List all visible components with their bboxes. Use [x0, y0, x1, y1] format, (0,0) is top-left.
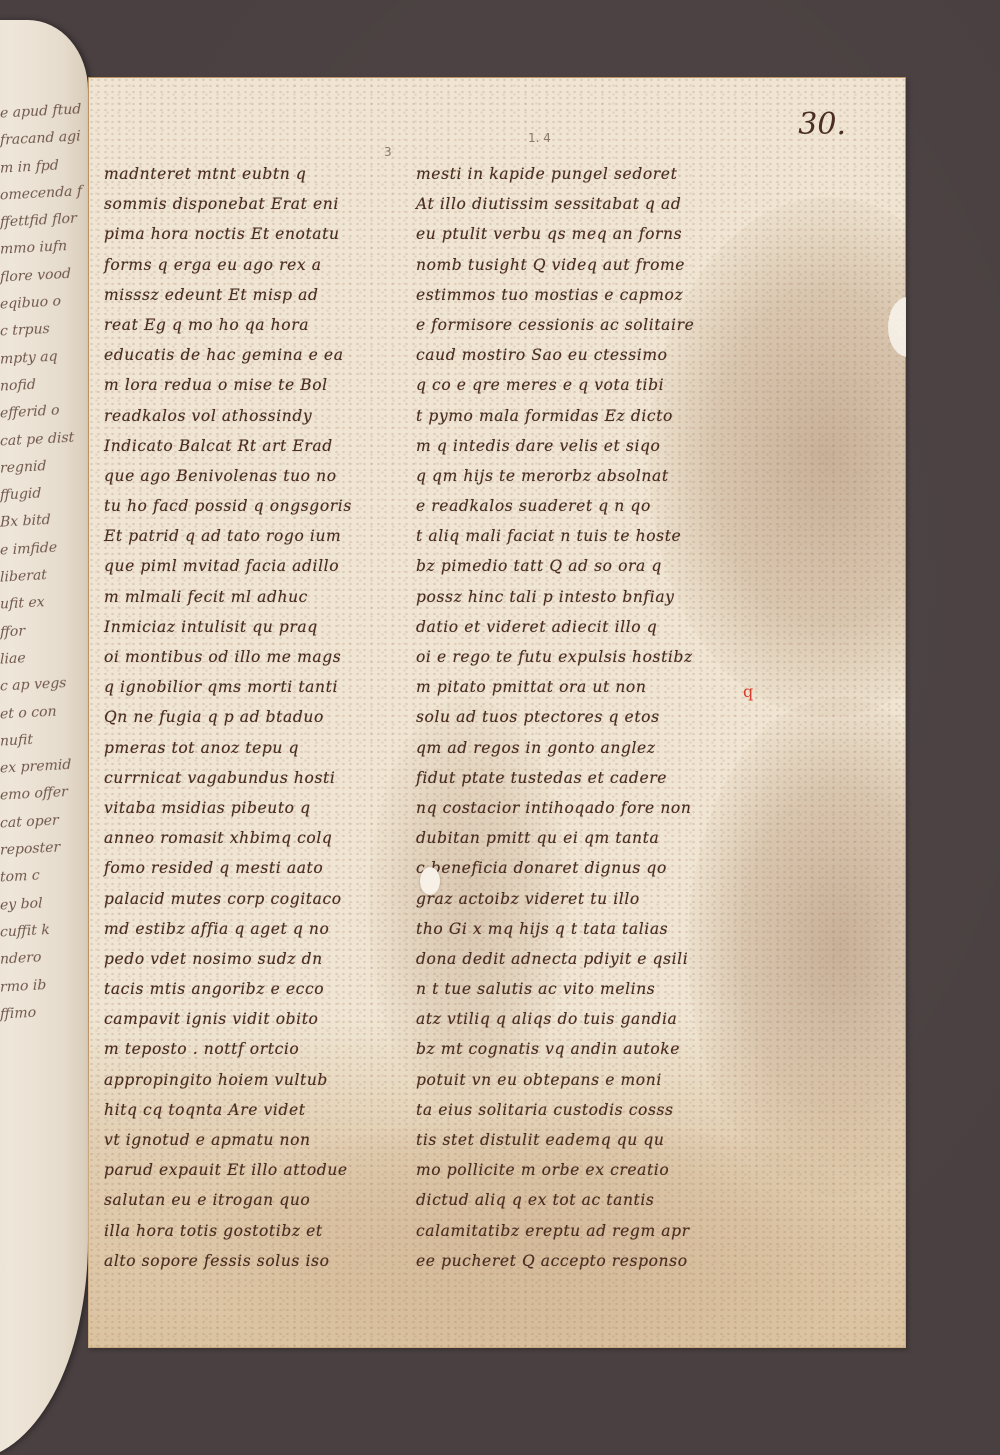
manuscript-line: eu ptulit verbu qs meq an forns [416, 219, 736, 249]
manuscript-line: datio et videret adiecit illo q [416, 612, 736, 642]
manuscript-line: misssz edeunt Et misp ad [104, 280, 396, 310]
manuscript-line: t aliq mali faciat n tuis te hoste [416, 521, 736, 551]
manuscript-line: reat Eg q mo ho qa hora [104, 310, 396, 340]
pencil-mark-1: 3 [384, 145, 392, 159]
manuscript-line: tis stet distulit eademq qu qu [416, 1125, 736, 1155]
manuscript-line: m teposto . nottf ortcio [104, 1034, 396, 1064]
manuscript-line: readkalos vol athossindy [104, 401, 396, 431]
manuscript-line: nomb tusight Q videq aut frome [416, 250, 736, 280]
manuscript-line: solu ad tuos ptectores q etos [416, 702, 736, 732]
manuscript-line: bz pimedio tatt Q ad so ora q [416, 551, 736, 581]
text-column-left: madnteret mtnt eubtn qsommis disponebat … [104, 159, 396, 1276]
manuscript-line: pima hora noctis Et enotatu [104, 219, 396, 249]
manuscript-line: parud expauit Et illo attodue [104, 1155, 396, 1185]
red-margin-mark: q [743, 682, 753, 701]
manuscript-line: e formisore cessionis ac solitaire [416, 310, 736, 340]
manuscript-line: educatis de hac gemina e ea [104, 340, 396, 370]
manuscript-line: tho Gi x mq hijs q t tata talias [416, 914, 736, 944]
manuscript-line: mesti in kapide pungel sedoret [416, 159, 736, 189]
text-column-right: mesti in kapide pungel sedoretAt illo di… [416, 159, 736, 1276]
manuscript-line: calamitatibz ereptu ad regm apr [416, 1216, 736, 1246]
manuscript-line: q ignobilior qms morti tanti [104, 672, 396, 702]
manuscript-line: t pymo mala formidas Ez dicto [416, 401, 736, 431]
manuscript-line: Inmiciaz intulisit qu praq [104, 612, 396, 642]
manuscript-line: m q intedis dare velis et siqo [416, 431, 736, 461]
manuscript-line: m mlmali fecit ml adhuc [104, 582, 396, 612]
manuscript-line: Et patrid q ad tato rogo ium [104, 521, 396, 551]
manuscript-line: sommis disponebat Erat eni [104, 189, 396, 219]
manuscript-line: m pitato pmittat ora ut non [416, 672, 736, 702]
facing-page-text: e apud ftudfracand agim in fpdomecenda f… [0, 95, 88, 1028]
manuscript-line: que piml mvitad facia adillo [104, 551, 396, 581]
manuscript-line: Indicato Balcat Rt art Erad [104, 431, 396, 461]
manuscript-line: bz mt cognatis vq andin autoke [416, 1034, 736, 1064]
manuscript-line: mo pollicite m orbe ex creatio [416, 1155, 736, 1185]
manuscript-line: dubitan pmitt qu ei qm tanta [416, 823, 736, 853]
manuscript-line: pedo vdet nosimo sudz dn [104, 944, 396, 974]
manuscript-line: oi montibus od illo me mags [104, 642, 396, 672]
manuscript-line: oi e rego te futu expulsis hostibz [416, 642, 736, 672]
manuscript-line: fidut ptate tustedas et cadere [416, 763, 736, 793]
manuscript-line: tu ho facd possid q ongsgoris [104, 491, 396, 521]
manuscript-line: e readkalos suaderet q n qo [416, 491, 736, 521]
manuscript-line: c beneficia donaret dignus qo [416, 853, 736, 883]
manuscript-line: madnteret mtnt eubtn q [104, 159, 396, 189]
manuscript-line: md estibz affia q aget q no [104, 914, 396, 944]
manuscript-line: nq costacior intihoqado fore non [416, 793, 736, 823]
manuscript-line: campavit ignis vidit obito [104, 1004, 396, 1034]
manuscript-line: que ago Benivolenas tuo no [104, 461, 396, 491]
manuscript-line: potuit vn eu obtepans e moni [416, 1065, 736, 1095]
manuscript-line: q co e qre meres e q vota tibi [416, 370, 736, 400]
manuscript-line: qm ad regos in gonto anglez [416, 733, 736, 763]
manuscript-line: dona dedit adnecta pdiyit e qsili [416, 944, 736, 974]
manuscript-line: m lora redua o mise te Bol [104, 370, 396, 400]
manuscript-folio: 30. 3 1. 4 madnteret mtnt eubtn qsommis … [88, 77, 906, 1348]
manuscript-line: caud mostiro Sao eu ctessimo [416, 340, 736, 370]
facing-page-left: e apud ftudfracand agim in fpdomecenda f… [0, 20, 88, 1455]
manuscript-line: forms q erga eu ago rex a [104, 250, 396, 280]
manuscript-line: vitaba msidias pibeuto q [104, 793, 396, 823]
manuscript-line: dictud aliq q ex tot ac tantis [416, 1185, 736, 1215]
manuscript-line: anneo romasit xhbimq colq [104, 823, 396, 853]
parchment-hole [420, 867, 440, 895]
manuscript-line: vt ignotud e apmatu non [104, 1125, 396, 1155]
manuscript-line: illa hora totis gostotibz et [104, 1216, 396, 1246]
manuscript-line: fomo resided q mesti aato [104, 853, 396, 883]
manuscript-line: alto sopore fessis solus iso [104, 1246, 396, 1276]
folio-number: 30. [798, 107, 846, 142]
manuscript-line: atz vtiliq q aliqs do tuis gandia [416, 1004, 736, 1034]
manuscript-line: appropingito hoiem vultub [104, 1065, 396, 1095]
manuscript-line: n t tue salutis ac vito melins [416, 974, 736, 1004]
manuscript-line: hitq cq toqnta Are videt [104, 1095, 396, 1125]
manuscript-line: q qm hijs te merorbz absolnat [416, 461, 736, 491]
manuscript-line: pmeras tot anoz tepu q [104, 733, 396, 763]
facing-page-line: ffimo [0, 996, 88, 1029]
manuscript-line: salutan eu e itrogan quo [104, 1185, 396, 1215]
manuscript-line: possz hinc tali p intesto bnfiay [416, 582, 736, 612]
manuscript-line: Qn ne fugia q p ad btaduo [104, 702, 396, 732]
manuscript-line: ee pucheret Q accepto responso [416, 1246, 736, 1276]
manuscript-line: tacis mtis angoribz e ecco [104, 974, 396, 1004]
manuscript-line: ta eius solitaria custodis cosss [416, 1095, 736, 1125]
manuscript-line: palacid mutes corp cogitaco [104, 884, 396, 914]
manuscript-line: At illo diutissim sessitabat q ad [416, 189, 736, 219]
manuscript-line: graz actoibz videret tu illo [416, 884, 736, 914]
manuscript-line: currnicat vagabundus hosti [104, 763, 396, 793]
manuscript-line: estimmos tuo mostias e capmoz [416, 280, 736, 310]
pencil-mark-2: 1. 4 [528, 131, 551, 145]
